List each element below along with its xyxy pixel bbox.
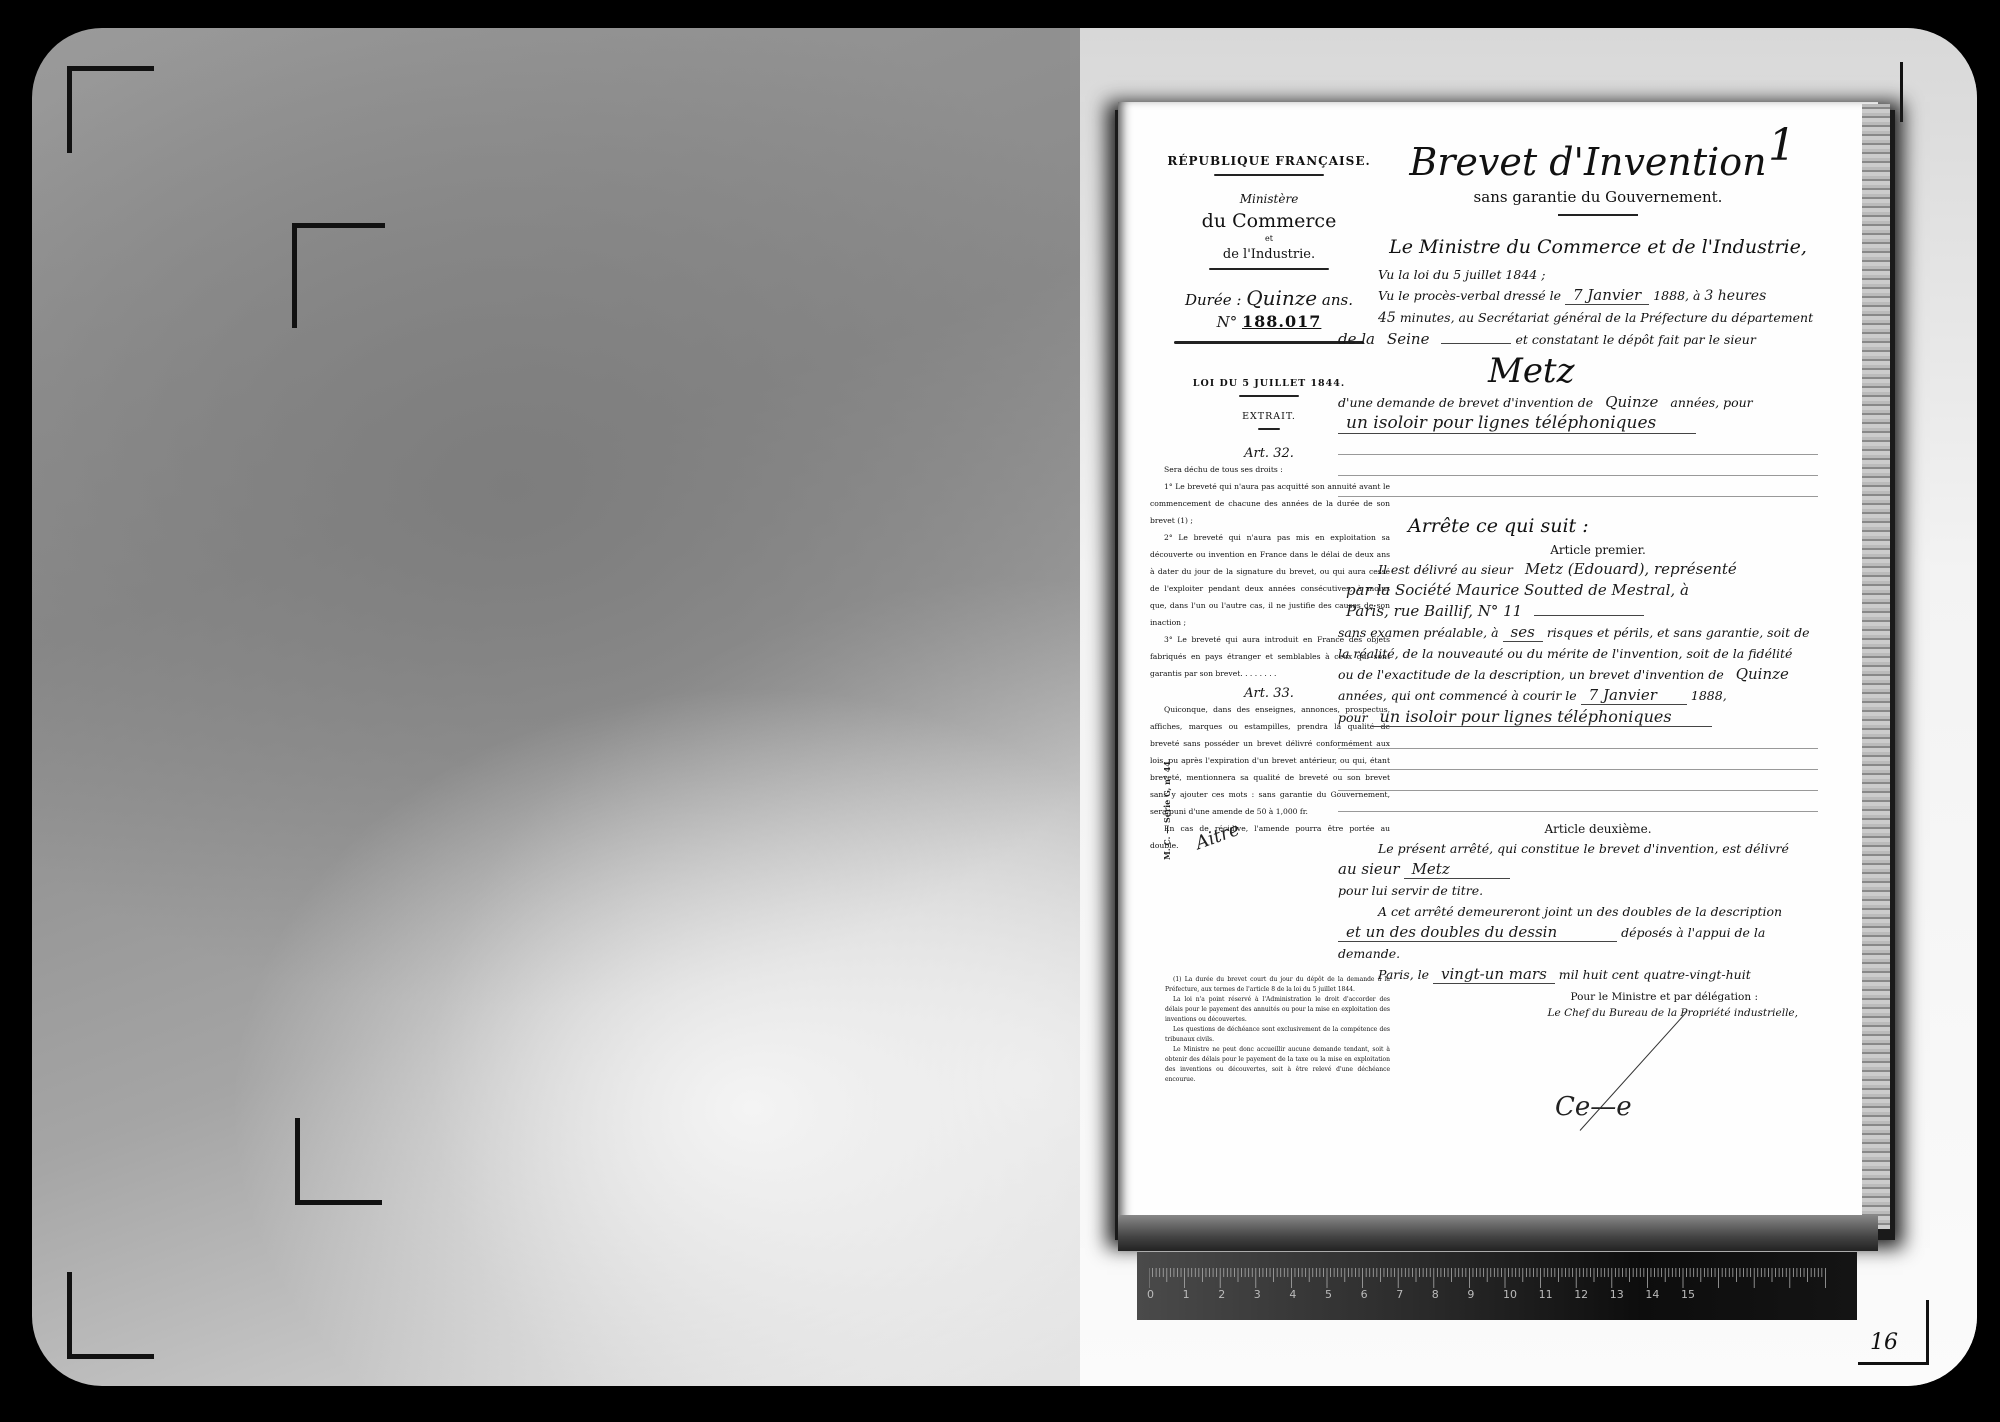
divider [1258, 428, 1280, 430]
art1-line: pour [1338, 710, 1368, 725]
art1-risk-prefix: sans examen préalable, à [1338, 625, 1499, 640]
ruler-number: 8 [1432, 1288, 1439, 1301]
text-line: Vu la loi du 5 juillet 1844 ; [1378, 264, 1818, 285]
republic-heading: RÉPUBLIQUE FRANÇAISE. [1148, 154, 1390, 168]
blank-line [1338, 770, 1818, 791]
duration-value: Quinze [1246, 286, 1317, 310]
demande-suffix: années, pour [1670, 395, 1752, 410]
art1-start-year: 1888, [1691, 688, 1727, 703]
ruler-scale [1149, 1268, 1839, 1288]
ruler-number: 9 [1467, 1288, 1474, 1301]
ruler-number: 3 [1254, 1288, 1261, 1301]
art2-line: déposés à l'appui de la [1621, 925, 1765, 940]
blank-line [1338, 791, 1818, 812]
document-subtitle: sans garantie du Gouvernement. [1378, 188, 1818, 206]
ministry-and: et [1148, 234, 1390, 243]
art2-attachment: et un des doubles du dessin [1338, 923, 1617, 942]
ruler-number: 4 [1289, 1288, 1296, 1301]
divider [1239, 395, 1299, 397]
text-line: pour un isoloir pour lignes téléphonique… [1338, 706, 1818, 728]
ruler-number: 2 [1218, 1288, 1225, 1301]
registration-mark-top-right [1900, 62, 1903, 122]
ministry-commerce: du Commerce [1148, 210, 1390, 232]
measurement-ruler: 0123456789101112131415 [1137, 1252, 1857, 1320]
ministry-industry: de l'Industrie. [1148, 247, 1390, 262]
constatant-text: et constatant le dépôt fait par le sieur [1515, 332, 1755, 347]
department-prefix: de la [1338, 330, 1375, 348]
ministry-label: Ministère [1148, 192, 1390, 206]
ruler-number: 11 [1539, 1288, 1553, 1301]
divider [1209, 268, 1329, 270]
art2-line: pour lui servir de titre. [1338, 883, 1483, 898]
text-line: et un des doubles du dessin déposés à l'… [1338, 922, 1818, 943]
footnote-paragraph: La loi n'a point réservé à l'Administrat… [1165, 995, 1390, 1025]
ruler-number: 12 [1574, 1288, 1588, 1301]
text-line: Paris, rue Baillif, N° 11 [1338, 601, 1818, 622]
art2-holder: Metz [1404, 860, 1510, 879]
ruler-number: 13 [1610, 1288, 1624, 1301]
duration-label: Durée : [1185, 291, 1241, 309]
ruler-number: 5 [1325, 1288, 1332, 1301]
blank-line [1338, 749, 1818, 770]
art2-holder-prefix: au sieur [1338, 860, 1400, 878]
registration-mark-top-left [67, 66, 154, 153]
registration-mark-bottom-left [67, 1272, 154, 1359]
text-line: pour lui servir de titre. [1338, 880, 1818, 901]
delegation-line: Pour le Ministre et par délégation : [1378, 991, 1818, 1003]
text-line: par la Société Maurice Soutted de Mestra… [1338, 580, 1818, 601]
arrete-heading: Arrête ce qui suit : [1378, 515, 1818, 537]
art1-line: la réalité, de la nouveauté ou du mérite… [1338, 646, 1792, 661]
document-title: Brevet d'Invention [1358, 140, 1818, 184]
ruler-number: 15 [1681, 1288, 1695, 1301]
page-stack-edge [1862, 104, 1890, 1229]
divider [1174, 341, 1364, 344]
text-line: demande. [1338, 943, 1818, 964]
plate-number: 16 [1870, 1330, 1898, 1355]
art2-line: demande. [1338, 946, 1400, 961]
blank-line [1338, 455, 1818, 476]
patent-body: Brevet d'Invention sans garantie du Gouv… [1378, 140, 1818, 1019]
blank-line [1338, 728, 1818, 749]
minister-heading: Le Ministre du Commerce et de l'Industri… [1378, 236, 1818, 258]
patentee-name: Metz (Edouard), représenté [1517, 560, 1745, 578]
duration-line: Durée : Quinze ans. [1148, 286, 1390, 310]
ruler-number: 7 [1396, 1288, 1403, 1301]
footnote-paragraph: Les questions de déchéance sont exclusiv… [1165, 1025, 1390, 1045]
text-line: un isoloir pour lignes téléphoniques [1338, 413, 1818, 434]
ruler-numbers: 0123456789101112131415 [1147, 1288, 1847, 1306]
footnote-paragraph: Le Ministre ne peut donc accueillir aucu… [1165, 1045, 1390, 1085]
art1-prefix: Il est délivré au sieur [1378, 562, 1513, 577]
deposit-minutes: 45 [1378, 310, 1396, 326]
art1-start-date: 7 Janvier [1581, 686, 1687, 705]
paris-prefix: Paris, le [1378, 967, 1429, 982]
footnote-paragraph: (1) La durée du brevet court du jour du … [1165, 975, 1390, 995]
vu-loi: Vu la loi du 5 juillet 1844 ; [1378, 267, 1545, 282]
registration-mark-inner-bottom-left [295, 1118, 382, 1205]
duration-unit: ans. [1322, 291, 1353, 309]
art2-line: Le présent arrêté, qui constitue le brev… [1378, 841, 1789, 856]
department: Seine [1379, 330, 1438, 348]
invention-title: un isoloir pour lignes téléphoniques [1338, 413, 1696, 434]
text-line: A cet arrêté demeureront joint un des do… [1378, 901, 1818, 922]
text-line: sans examen préalable, à ses risques et … [1338, 622, 1818, 643]
text-line: Vu le procès-verbal dressé le 7 Janvier … [1378, 285, 1818, 307]
minutes-text: minutes, au Secrétariat général de la Pr… [1400, 310, 1813, 325]
patent-number: 188.017 [1242, 312, 1321, 331]
registration-mark-inner-top-left [292, 223, 385, 328]
deposit-hour: 3 heures [1704, 288, 1766, 304]
text-line: la réalité, de la nouveauté ou du mérite… [1338, 643, 1818, 664]
patent-address: Paris, rue Baillif, N° 11 [1338, 602, 1530, 620]
series-mark: M. C. — Série G, n° 44. [1162, 758, 1172, 860]
art1-invention: un isoloir pour lignes téléphoniques [1372, 707, 1712, 727]
divider [1214, 174, 1324, 176]
demande-duration: Quinze [1597, 393, 1666, 411]
text-line: au sieur Metz [1338, 859, 1818, 880]
art2-line: A cet arrêté demeureront joint un des do… [1378, 904, 1782, 919]
vu-pv-text: Vu le procès-verbal dressé le [1378, 288, 1561, 303]
deposit-date: 7 Janvier [1565, 286, 1649, 305]
deposit-year: 1888, à [1653, 288, 1700, 303]
patent-agent: par la Société Maurice Soutted de Mestra… [1338, 581, 1697, 599]
number-label: N° [1217, 313, 1238, 331]
demande-text: d'une demande de brevet d'invention de [1338, 395, 1593, 410]
text-line: ou de l'exactitude de la description, un… [1338, 664, 1818, 685]
text-line: années, qui ont commencé à courir le 7 J… [1338, 685, 1818, 706]
footnote: (1) La durée du brevet court du jour du … [1165, 975, 1390, 1085]
text-line: Il est délivré au sieur Metz (Edouard), … [1378, 559, 1818, 580]
text-line: Le présent arrêté, qui constitue le brev… [1378, 838, 1818, 859]
ruler-number: 10 [1503, 1288, 1517, 1301]
blank-line [1338, 434, 1818, 455]
signature: Ce—e [1555, 1092, 1632, 1122]
ruler-number: 14 [1645, 1288, 1659, 1301]
law-title: LOI DU 5 JUILLET 1844. [1148, 378, 1390, 389]
text-line: d'une demande de brevet d'invention de Q… [1338, 392, 1818, 413]
ruler-number: 0 [1147, 1288, 1154, 1301]
ruler-number: 6 [1361, 1288, 1368, 1301]
art1-risk-fill: ses [1503, 623, 1543, 642]
issue-date: vingt-un mars [1433, 965, 1555, 984]
page-bottom-shadow [1118, 1215, 1878, 1251]
ruler-number: 1 [1183, 1288, 1190, 1301]
applicant-name-large: Metz [1378, 350, 1818, 392]
article-1-title: Article premier. [1378, 543, 1818, 557]
article-2-title: Article deuxième. [1378, 822, 1818, 836]
art1-line: ou de l'exactitude de la description, un… [1338, 667, 1724, 682]
issue-year: mil huit cent quatre-vingt-huit [1559, 967, 1751, 982]
text-line: de la Seine et constatant le dépôt fait … [1338, 329, 1818, 350]
divider [1558, 214, 1638, 216]
patent-number-line: N° 188.017 [1148, 312, 1390, 331]
text-line: 45 minutes, au Secrétariat général de la… [1378, 307, 1818, 329]
text-line: Paris, le vingt-un mars mil huit cent qu… [1378, 964, 1818, 985]
blank-line [1338, 476, 1818, 497]
art1-line: années, qui ont commencé à courir le [1338, 688, 1577, 703]
law-paragraph: En cas de récidive, l'amende pourra être… [1150, 820, 1390, 854]
art1-duration: Quinze [1728, 665, 1797, 683]
art1-risk-suffix: risques et périls, et sans garantie, soi… [1547, 625, 1810, 640]
bureau-chief-line: Le Chef du Bureau de la Propriété indust… [1378, 1007, 1818, 1019]
